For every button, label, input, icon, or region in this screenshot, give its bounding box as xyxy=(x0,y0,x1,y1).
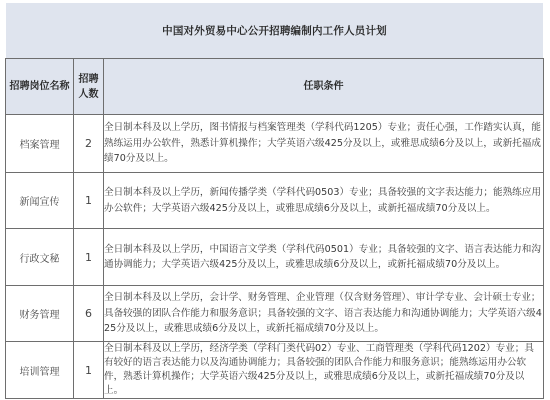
table-row: 档案管理 2 全日制本科及以上学历，图书情报与档案管理类（学科代码1205）专业… xyxy=(6,115,544,173)
position-cell: 行政文秘 xyxy=(6,229,74,286)
count-cell: 1 xyxy=(74,229,104,286)
header-position: 招聘岗位名称 xyxy=(6,59,74,115)
header-count-line1: 招聘 xyxy=(74,72,103,87)
table-header-row: 招聘岗位名称 招聘 人数 任职条件 xyxy=(6,59,544,115)
table-row: 新闻宣传 1 全日制本科及以上学历，新闻传播学类（学科代码0503）专业；具备较… xyxy=(6,173,544,229)
count-cell: 2 xyxy=(74,115,104,173)
requirements-cell: 全日制本科及以上学历，图书情报与档案管理类（学科代码1205）专业；责任心强，工… xyxy=(104,115,544,173)
header-count: 招聘 人数 xyxy=(74,59,104,115)
recruitment-plan-table: 招聘岗位名称 招聘 人数 任职条件 档案管理 2 全日制本科及以上学历，图书情报… xyxy=(5,58,544,399)
table-title-band: 中国对外贸易中心公开招聘编制内工作人员计划 xyxy=(6,3,543,58)
requirements-cell: 全日制本科及以上学历，中国语言文学类（学科代码0501）专业；具备较强的文字、语… xyxy=(104,229,544,286)
table-row: 行政文秘 1 全日制本科及以上学历，中国语言文学类（学科代码0501）专业；具备… xyxy=(6,229,544,286)
position-cell: 财务管理 xyxy=(6,286,74,342)
document-title: 中国对外贸易中心公开招聘编制内工作人员计划 xyxy=(162,23,387,38)
position-cell: 新闻宣传 xyxy=(6,173,74,229)
requirements-cell: 全日制本科及以上学历，经济学类（学科门类代码02）专业、工商管理类（学科代码12… xyxy=(104,342,544,399)
header-requirements: 任职条件 xyxy=(104,59,544,115)
count-cell: 1 xyxy=(74,342,104,399)
header-count-line2: 人数 xyxy=(74,87,103,102)
count-cell: 6 xyxy=(74,286,104,342)
count-cell: 1 xyxy=(74,173,104,229)
table-row: 培训管理 1 全日制本科及以上学历，经济学类（学科门类代码02）专业、工商管理类… xyxy=(6,342,544,399)
requirements-cell: 全日制本科及以上学历，会计学、财务管理、企业管理（仅含财务管理）、审计学专业、会… xyxy=(104,286,544,342)
position-cell: 档案管理 xyxy=(6,115,74,173)
requirements-cell: 全日制本科及以上学历，新闻传播学类（学科代码0503）专业；具备较强的文字表达能… xyxy=(104,173,544,229)
table-row: 财务管理 6 全日制本科及以上学历，会计学、财务管理、企业管理（仅含财务管理）、… xyxy=(6,286,544,342)
position-cell: 培训管理 xyxy=(6,342,74,399)
